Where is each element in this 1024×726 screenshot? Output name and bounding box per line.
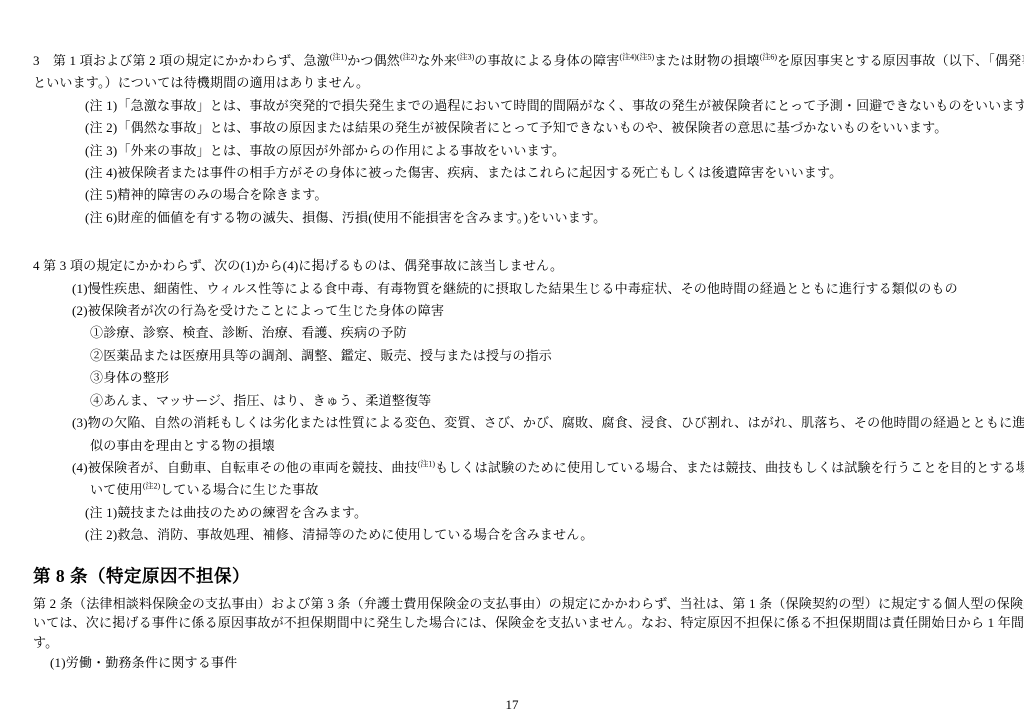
text-line: 3 第 1 項および第 2 項の規定にかかわらず、急激(注1)かつ偶然(注2)な… <box>33 50 996 72</box>
text-line: ③身体の整形 <box>90 367 996 389</box>
text-line: (注 3)「外来の事故」とは、事故の原因が外部からの作用による事故をいいます。 <box>85 140 996 162</box>
text-line: (注 1)競技または曲技のための練習を含みます。 <box>85 502 996 524</box>
text-line: (注 2)救急、消防、事故処理、補修、清掃等のために使用している場合を含みません… <box>85 524 996 546</box>
page-number: 17 <box>0 697 1024 713</box>
note-reference: (注2) <box>400 53 417 62</box>
clause-4-section: 4 第 3 項の規定にかかわらず、次の(1)から(4)に掲げるものは、偶発事故に… <box>33 255 996 546</box>
text-line: 第 2 条（法律相談料保険金の支払事由）および第 3 条（弁護士費用保険金の支払… <box>33 594 996 614</box>
note-reference: (注6) <box>760 53 777 62</box>
note-reference: (注1) <box>330 53 347 62</box>
clause-3-lines: 3 第 1 項および第 2 項の規定にかかわらず、急激(注1)かつ偶然(注2)な… <box>33 50 996 229</box>
text-line: (注 5)精神的障害のみの場合を除きます。 <box>85 184 996 206</box>
text-line: (4)被保険者が、自動車、自転車その他の車両を競技、曲技(注1)もしくは試験のた… <box>72 457 996 479</box>
text-line: といいます。）については待機期間の適用はありません。 <box>33 72 996 94</box>
text-line: 4 第 3 項の規定にかかわらず、次の(1)から(4)に掲げるものは、偶発事故に… <box>33 255 996 277</box>
text-line: す。 <box>33 633 996 653</box>
text-line: (3)物の欠陥、自然の消耗もしくは劣化または性質による変色、変質、さび、かび、腐… <box>72 412 996 434</box>
text-line: ①診療、診察、検査、診断、治療、看護、疾病の予防 <box>90 322 996 344</box>
text-line: いては、次に掲げる事件に係る原因事故が不担保期間中に発生した場合には、保険金を支… <box>33 613 996 633</box>
text-line: ②医薬品または医療用具等の調剤、調整、鑑定、販売、授与または授与の指示 <box>90 345 996 367</box>
note-reference: (注1) <box>418 460 435 469</box>
article-8-body: 第 2 条（法律相談料保険金の支払事由）および第 3 条（弁護士費用保険金の支払… <box>33 594 996 673</box>
text-line: (1)労働・勤務条件に関する事件 <box>50 653 996 673</box>
clause-4-lines: 4 第 3 項の規定にかかわらず、次の(1)から(4)に掲げるものは、偶発事故に… <box>33 255 996 546</box>
note-reference: (注3) <box>457 53 474 62</box>
text-line: ④あんま、マッサージ、指圧、はり、きゅう、柔道整復等 <box>90 390 996 412</box>
text-line: (注 6)財産的価値を有する物の滅失、損傷、汚損(使用不能損害を含みます。)をい… <box>85 207 996 229</box>
text-line: 似の事由を理由とする物の損壊 <box>90 435 996 457</box>
text-line: (注 4)被保険者または事件の相手方がその身体に被った傷害、疾病、またはこれらに… <box>85 162 996 184</box>
document-page: 3 第 1 項および第 2 項の規定にかかわらず、急激(注1)かつ偶然(注2)な… <box>0 0 1024 726</box>
text-line: (注 1)「急激な事故」とは、事故が突発的で損失発生までの過程において時間的間隔… <box>85 95 996 117</box>
text-line: (注 2)「偶然な事故」とは、事故の原因または結果の発生が被保険者にとって予知で… <box>85 117 996 139</box>
clause-3-section: 3 第 1 項および第 2 項の規定にかかわらず、急激(注1)かつ偶然(注2)な… <box>33 50 996 229</box>
text-line: (1)慢性疾患、細菌性、ウィルス性等による食中毒、有毒物質を継続的に摂取した結果… <box>72 278 996 300</box>
article-8-section: 第 8 条（特定原因不担保） 第 2 条（法律相談料保険金の支払事由）および第 … <box>33 563 996 673</box>
note-reference: (注4)(注5) <box>619 53 654 62</box>
note-reference: (注2) <box>143 482 160 491</box>
article-8-heading: 第 8 条（特定原因不担保） <box>33 563 996 589</box>
text-line: いて使用(注2)している場合に生じた事故 <box>90 479 996 501</box>
text-line: (2)被保険者が次の行為を受けたことによって生じた身体の障害 <box>72 300 996 322</box>
